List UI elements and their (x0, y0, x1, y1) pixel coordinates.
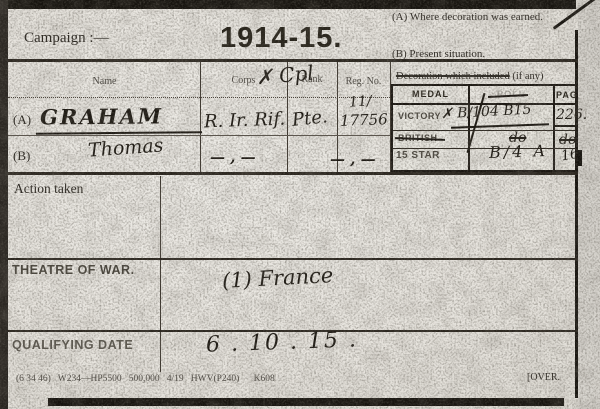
theatre-value: (1) France (221, 263, 333, 293)
row-a-corps: R. Ir. Rif. (204, 109, 286, 133)
row-a-reg-lower: 17756 (340, 110, 388, 130)
row-divider (8, 135, 390, 136)
top-edge-bar (0, 0, 576, 9)
qualifying-divider (160, 332, 161, 372)
row-a-label: (A) (13, 112, 31, 128)
page-value-15star: 16 (560, 146, 580, 165)
row-b-name: Thomas (87, 134, 164, 161)
header-underline (8, 97, 390, 98)
row-a-rank: Pte. (291, 106, 329, 131)
campaign-label: Campaign :— (24, 30, 109, 47)
rank-annotation-handwritten: ✗ Cpl (255, 61, 314, 90)
medal-index-card: Campaign :— 1914-15. (A) Where decoratio… (0, 0, 600, 409)
row-b-corps-dash: — , — (210, 148, 256, 166)
medal-box-title-struck: Decoration which included (396, 71, 510, 82)
note-where-decoration: (A) Where decoration was earned. (392, 11, 543, 23)
roll-value-15star: B/4 A (489, 141, 549, 162)
column-header-reg-no: Reg. No. (337, 76, 390, 87)
medal-roll-box: MEDAL ROLL PAGE VICTORY BRITISH 15 STAR … (391, 84, 577, 172)
medal-box-title-rest: (if any) (510, 71, 544, 82)
right-margin (578, 0, 600, 409)
medal-row-15star: 15 STAR (396, 150, 440, 161)
roll-value-victory: ✗ B/104 B15 (441, 102, 532, 123)
theatre-label: THEATRE OF WAR. (12, 263, 135, 277)
row-a-name: GRAHAM (40, 103, 163, 129)
footer-over: [OVER. (527, 372, 560, 383)
medal-box-col-medal: MEDAL (393, 89, 468, 99)
medal-box-title: Decoration which included (if any) (396, 71, 544, 82)
campaign-value: 1914-15. (220, 22, 343, 55)
medal-box-row-line-1 (393, 130, 575, 131)
qualifying-value: 6 . 10 . 15 . (206, 327, 359, 357)
row-a-reg-upper: 11/ (348, 93, 372, 111)
footer-imprint: (6 34 46) W234—HP5500 500,000 4/19 HWV(P… (16, 374, 275, 384)
medal-box-col-line-2 (553, 86, 555, 170)
medal-row-victory: VICTORY (398, 111, 441, 121)
table-bottom-border (8, 172, 578, 175)
page-value-victory: 226. (556, 107, 587, 123)
roll-underline (451, 123, 549, 128)
action-bottom-line (8, 258, 578, 260)
row-b-reg-dash: — , — (330, 150, 376, 168)
action-divider (160, 176, 161, 258)
page-underline (554, 125, 576, 127)
theatre-divider (160, 260, 161, 330)
action-taken-label: Action taken (14, 181, 83, 197)
medal-box-col-page: PAGE (556, 90, 577, 100)
bottom-edge-bar (48, 398, 564, 406)
row-b-label: (B) (13, 148, 30, 164)
column-header-name: Name (9, 76, 200, 87)
left-edge-bar (0, 0, 8, 409)
qualifying-label: QUALIFYING DATE (12, 338, 133, 352)
